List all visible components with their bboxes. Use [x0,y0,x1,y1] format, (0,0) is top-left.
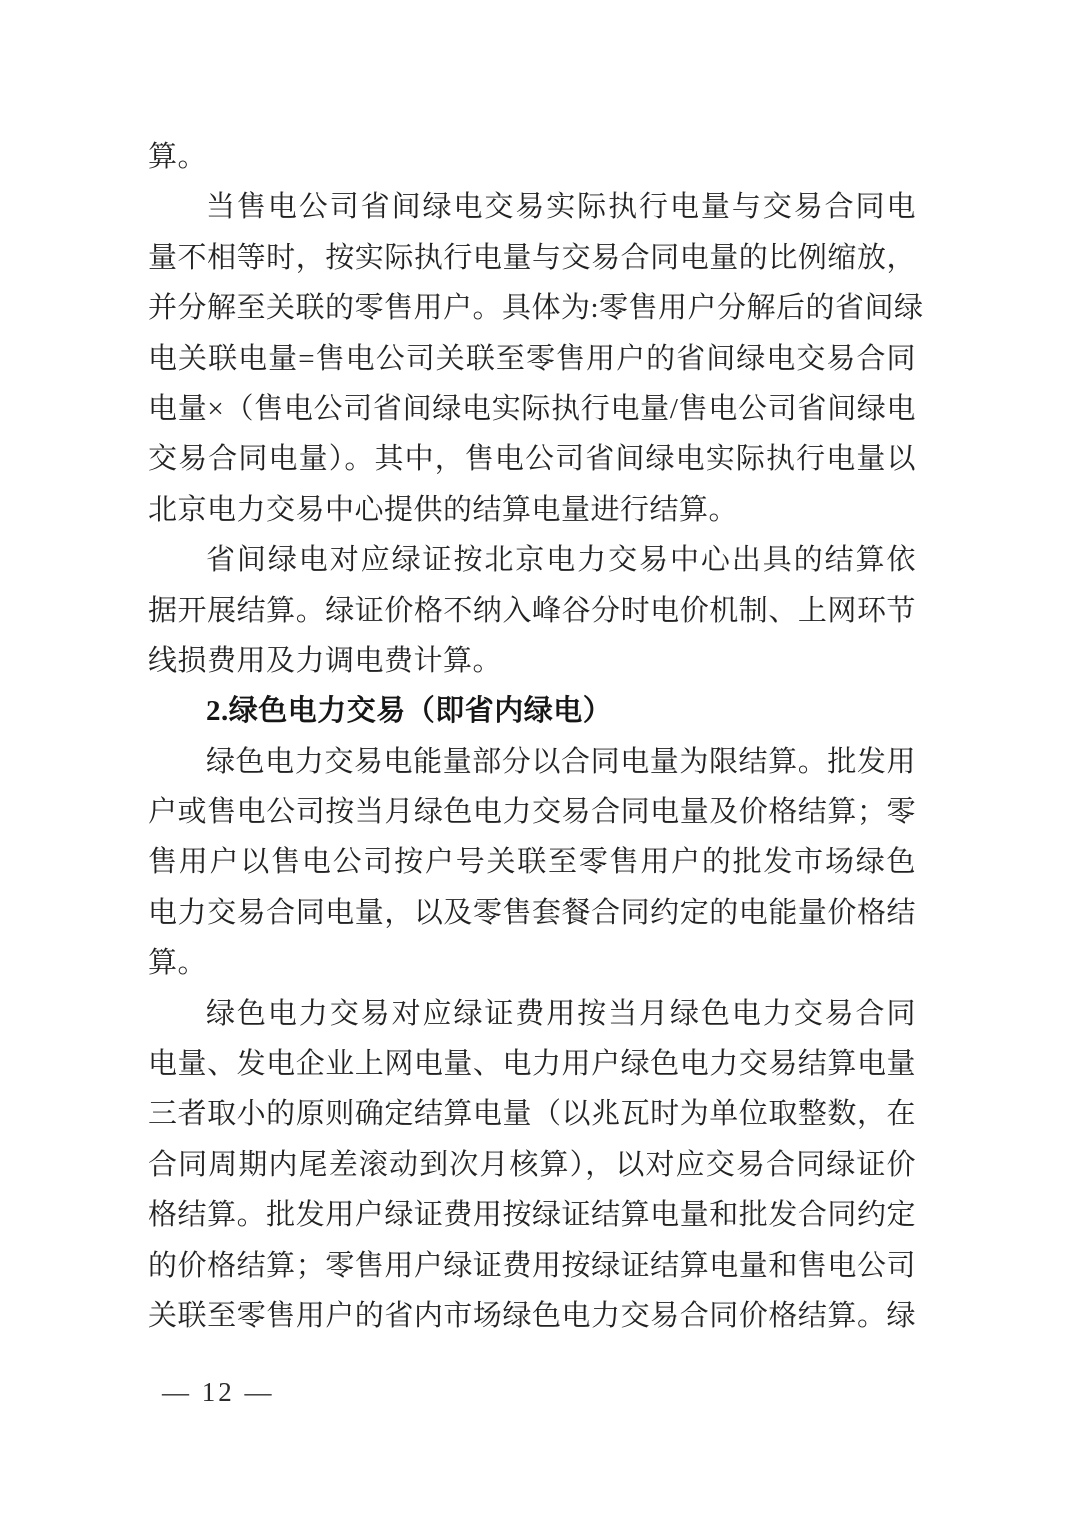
body-line: 售用户以售电公司按户号关联至零售用户的批发市场绿色 [148,837,916,887]
body-line: 三者取小的原则确定结算电量（以兆瓦时为单位取整数，在 [148,1089,916,1139]
body-line: 电力交易合同电量，以及零售套餐合同约定的电能量价格结 [148,888,916,938]
body-line: 合同周期内尾差滚动到次月核算），以对应交易合同绿证价 [148,1140,916,1190]
body-line: 据开展结算。绿证价格不纳入峰谷分时电价机制、上网环节 [148,586,916,636]
body-line: 关联至零售用户的省内市场绿色电力交易合同价格结算。绿 [148,1291,916,1341]
body-line: 电量、发电企业上网电量、电力用户绿色电力交易结算电量 [148,1039,916,1089]
body-line: 的价格结算；零售用户绿证费用按绿证结算电量和售电公司 [148,1241,916,1291]
body-line: 量不相等时，按实际执行电量与交易合同电量的比例缩放， [148,233,916,283]
body-line: 北京电力交易中心提供的结算电量进行结算。 [148,485,916,535]
body-line: 并分解至关联的零售用户。具体为:零售用户分解后的省间绿 [148,283,916,333]
body-line: 线损费用及力调电费计算。 [148,636,916,686]
section-heading: 2.绿色电力交易（即省内绿电） [148,686,916,736]
body-line: 电关联电量=售电公司关联至零售用户的省间绿电交易合同 [148,334,916,384]
body-line: 绿色电力交易电能量部分以合同电量为限结算。批发用 [148,737,916,787]
body-line: 电量×（售电公司省间绿电实际执行电量/售电公司省间绿电 [148,384,916,434]
body-line: 当售电公司省间绿电交易实际执行电量与交易合同电 [148,182,916,232]
body-line: 交易合同电量）。其中，售电公司省间绿电实际执行电量以 [148,434,916,484]
body-line: 省间绿电对应绿证按北京电力交易中心出具的结算依 [148,535,916,585]
body-line: 户或售电公司按当月绿色电力交易合同电量及价格结算；零 [148,787,916,837]
body-line: 算。 [148,132,916,182]
page-number: — 12 — [162,1376,275,1408]
document-body: 算。 当售电公司省间绿电交易实际执行电量与交易合同电 量不相等时，按实际执行电量… [148,132,916,1341]
document-page: 算。 当售电公司省间绿电交易实际执行电量与交易合同电 量不相等时，按实际执行电量… [0,0,1080,1527]
body-line: 绿色电力交易对应绿证费用按当月绿色电力交易合同 [148,989,916,1039]
body-line: 格结算。批发用户绿证费用按绿证结算电量和批发合同约定 [148,1190,916,1240]
body-line: 算。 [148,938,916,988]
